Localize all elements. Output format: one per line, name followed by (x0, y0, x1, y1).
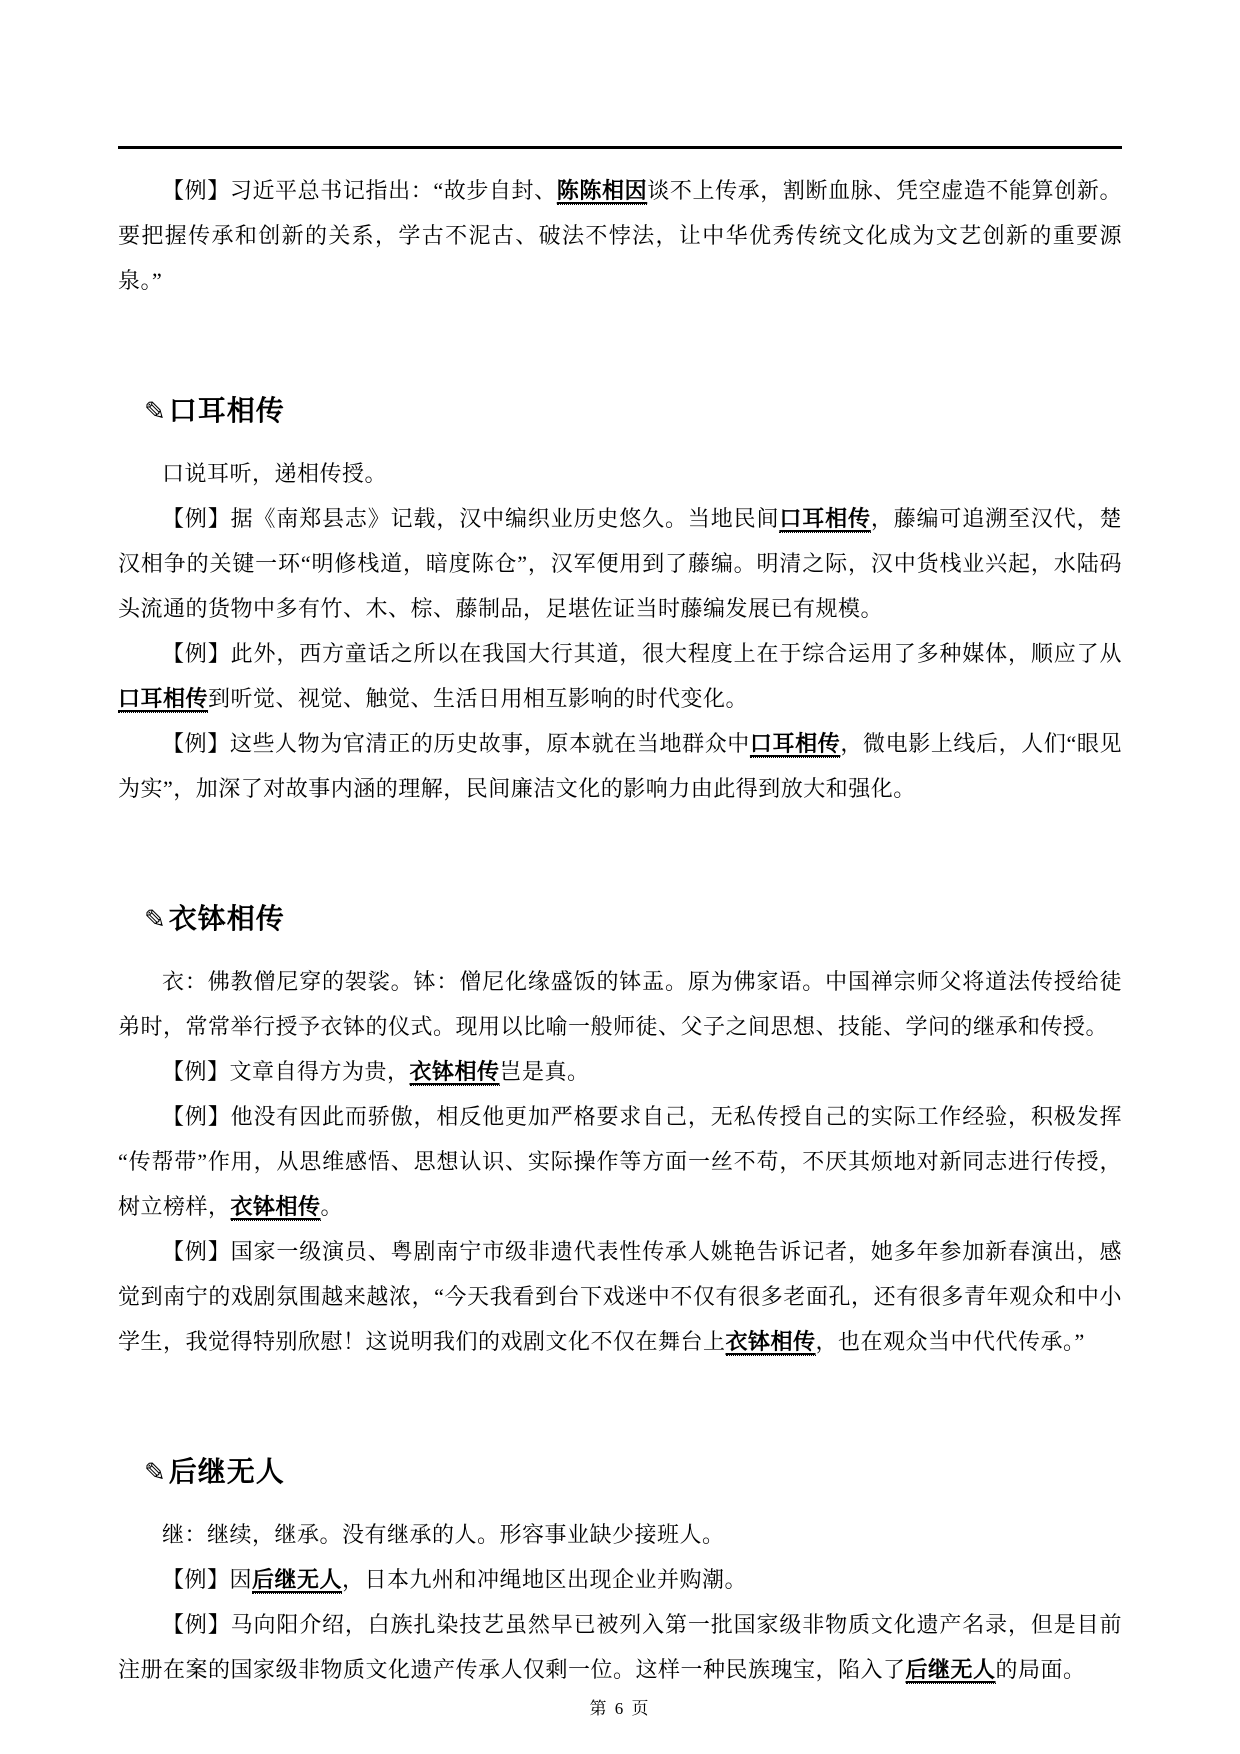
section-title: 口耳相传 (169, 395, 285, 426)
definition-paragraph: 口说耳听，递相传授。 (118, 451, 1122, 496)
idiom-emphasis: 口耳相传 (779, 506, 870, 533)
idiom-emphasis: 衣钵相传 (726, 1329, 816, 1356)
section-heading: ✎后继无人 (144, 1452, 1122, 1492)
section-title: 衣钵相传 (169, 903, 285, 934)
idiom-emphasis: 后继无人 (252, 1567, 342, 1594)
text-run: 岂是真。 (500, 1059, 590, 1084)
idiom-emphasis: 后继无人 (906, 1657, 996, 1684)
section-heading: ✎口耳相传 (144, 391, 1122, 431)
text-run: 口说耳听，递相传授。 (162, 461, 387, 486)
text-run: 【例】此外，西方童话之所以在我国大行其道，很大程度上在于综合运用了多种媒体，顺应… (162, 641, 1122, 666)
idiom-emphasis: 衣钵相传 (410, 1059, 500, 1086)
example-paragraph: 【例】马向阳介绍，白族扎染技艺虽然早已被列入第一批国家级非物质文化遗产名录，但是… (118, 1602, 1122, 1692)
example-paragraph: 【例】国家一级演员、粤剧南宁市级非遗代表性传承人姚艳告诉记者，她多年参加新春演出… (118, 1229, 1122, 1364)
text-run: 衣：佛教僧尼穿的袈裟。钵：僧尼化缘盛饭的钵盂。原为佛家语。中国禅宗师父将道法传授… (118, 969, 1122, 1039)
text-run: 。 (321, 1194, 344, 1219)
example-paragraph: 【例】他没有因此而骄傲，相反他更加严格要求自己，无私传授自己的实际工作经验，积极… (118, 1094, 1122, 1229)
page-content: 【例】习近平总书记指出：“故步自封、陈陈相因谈不上传承，割断血脉、凭空虚造不能算… (118, 168, 1122, 1719)
page-number: 第 6 页 (118, 1699, 1122, 1719)
text-run: 【例】习近平总书记指出：“故步自封、 (162, 178, 557, 203)
text-run: ，日本九州和冲绳地区出现企业并购潮。 (342, 1567, 747, 1592)
header-rule (118, 146, 1122, 149)
example-paragraph: 【例】因后继无人，日本九州和冲绳地区出现企业并购潮。 (118, 1557, 1122, 1602)
example-paragraph: 【例】文章自得方为贵，衣钵相传岂是真。 (118, 1049, 1122, 1094)
text-run: 【例】因 (162, 1567, 252, 1592)
text-run: 继：继续，继承。没有继承的人。形容事业缺少接班人。 (162, 1522, 725, 1547)
example-paragraph: 【例】此外，西方童话之所以在我国大行其道，很大程度上在于综合运用了多种媒体，顺应… (118, 631, 1122, 721)
text-run: 【例】据《南郑县志》记载，汉中编织业历史悠久。当地民间 (162, 506, 779, 531)
idiom-emphasis: 口耳相传 (118, 686, 208, 713)
definition-paragraph: 继：继续，继承。没有继承的人。形容事业缺少接班人。 (118, 1512, 1122, 1557)
text-run: 到听觉、视觉、触觉、生活日用相互影响的时代变化。 (208, 686, 748, 711)
definition-paragraph: 衣：佛教僧尼穿的袈裟。钵：僧尼化缘盛饭的钵盂。原为佛家语。中国禅宗师父将道法传授… (118, 959, 1122, 1049)
pencil-icon: ✎ (144, 904, 167, 934)
document-page: 【例】习近平总书记指出：“故步自封、陈陈相因谈不上传承，割断血脉、凭空虚造不能算… (0, 0, 1240, 1754)
text-run: 【例】文章自得方为贵， (162, 1059, 410, 1084)
example-paragraph: 【例】据《南郑县志》记载，汉中编织业历史悠久。当地民间口耳相传，藤编可追溯至汉代… (118, 496, 1122, 631)
pencil-icon: ✎ (144, 396, 167, 426)
idiom-emphasis: 陈陈相因 (557, 178, 647, 205)
section-title: 后继无人 (169, 1456, 285, 1487)
pencil-icon: ✎ (144, 1457, 167, 1487)
intro-paragraphs: 【例】习近平总书记指出：“故步自封、陈陈相因谈不上传承，割断血脉、凭空虚造不能算… (118, 168, 1122, 303)
text-run: 的局面。 (996, 1657, 1086, 1682)
example-paragraph: 【例】这些人物为官清正的历史故事，原本就在当地群众中口耳相传，微电影上线后，人们… (118, 721, 1122, 811)
sections: ✎口耳相传口说耳听，递相传授。【例】据《南郑县志》记载，汉中编织业历史悠久。当地… (118, 391, 1122, 1692)
section-heading: ✎衣钵相传 (144, 899, 1122, 939)
text-run: ，也在观众当中代代传承。” (816, 1329, 1085, 1354)
idiom-emphasis: 衣钵相传 (231, 1194, 321, 1221)
example-paragraph: 【例】习近平总书记指出：“故步自封、陈陈相因谈不上传承，割断血脉、凭空虚造不能算… (118, 168, 1122, 303)
idiom-emphasis: 口耳相传 (750, 731, 840, 758)
text-run: 【例】这些人物为官清正的历史故事，原本就在当地群众中 (162, 731, 750, 756)
